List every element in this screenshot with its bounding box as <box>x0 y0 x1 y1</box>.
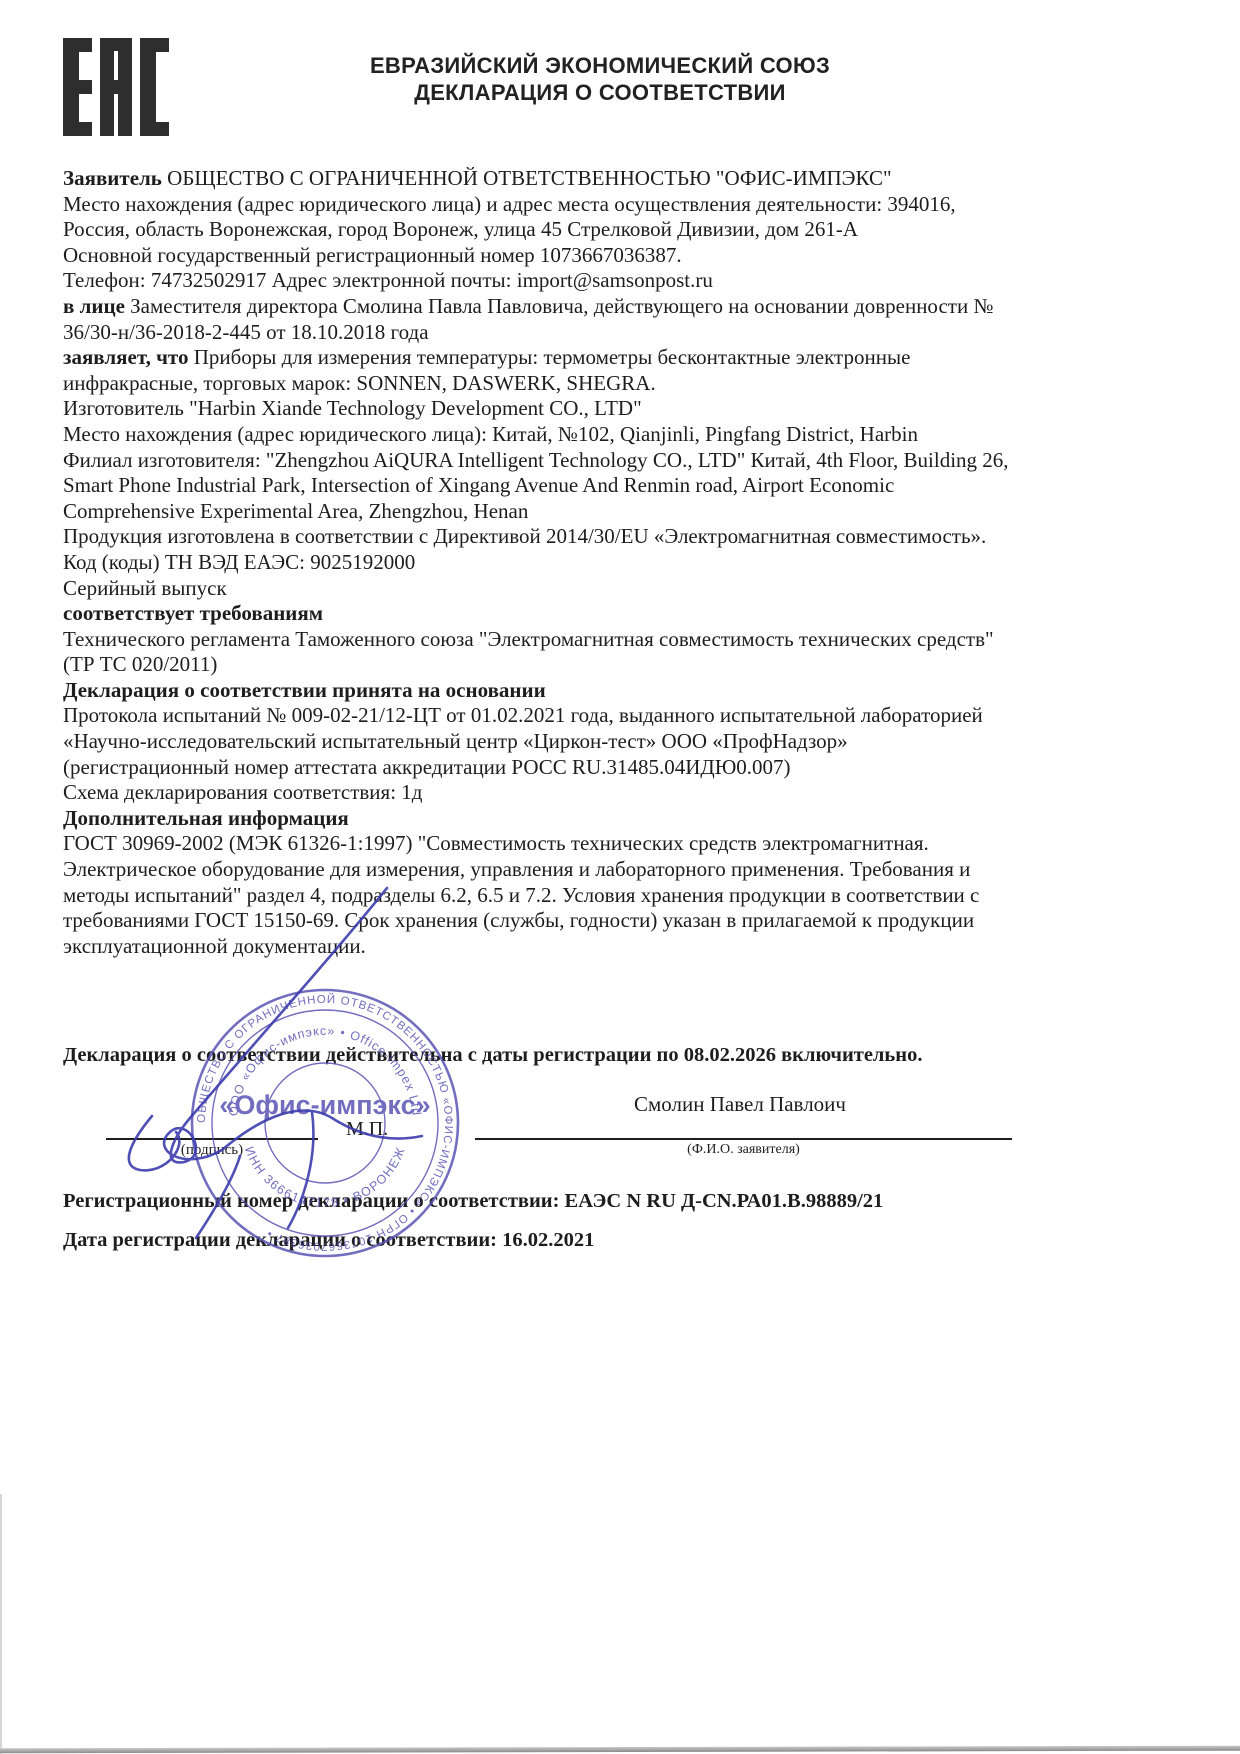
manufacturer-address: Место нахождения (адрес юридического лиц… <box>63 422 1017 448</box>
applicant-line: Заявитель ОБЩЕСТВО С ОГРАНИЧЕННОЙ ОТВЕТС… <box>63 166 1017 192</box>
directive-line: Продукция изготовлена в соответствии с Д… <box>63 524 1017 550</box>
handwritten-signature <box>92 866 472 1246</box>
conforms-heading: соответствует требованиям <box>63 601 1017 627</box>
applicant-value: ОБЩЕСТВО С ОГРАНИЧЕННОЙ ОТВЕТСТВЕННОСТЬЮ… <box>167 166 891 190</box>
in-person-label: в лице <box>63 294 125 318</box>
document-title: ЕВРАЗИЙСКИЙ ЭКОНОМИЧЕСКИЙ СОЮЗ ДЕКЛАРАЦИ… <box>0 52 1200 106</box>
additional-heading: Дополнительная информация <box>63 806 1017 832</box>
scheme-line: Схема декларирования соответствия: 1д <box>63 780 1017 806</box>
in-person-value: Заместителя директора Смолина Павла Павл… <box>63 294 993 344</box>
title-line-2: ДЕКЛАРАЦИЯ О СООТВЕТСТВИИ <box>0 79 1200 106</box>
conforms-text: Технического регламента Таможенного союз… <box>63 627 1017 678</box>
declares-label: заявляет, что <box>63 345 188 369</box>
applicant-full-name: Смолин Павел Павлоич <box>470 1092 1010 1117</box>
serial-line: Серийный выпуск <box>63 576 1017 602</box>
document-body: Заявитель ОБЩЕСТВО С ОГРАНИЧЕННОЙ ОТВЕТС… <box>63 166 1017 959</box>
ogrn-line: Основной государственный регистрационный… <box>63 243 1017 269</box>
scan-edge-left <box>0 1494 2 1754</box>
name-line <box>475 1138 1012 1140</box>
manufacturer-line: Изготовитель "Harbin Xiande Technology D… <box>63 396 1017 422</box>
phone-email-line: Телефон: 74732502917 Адрес электронной п… <box>63 268 1017 294</box>
tnved-line: Код (коды) ТН ВЭД ЕАЭС: 9025192000 <box>63 550 1017 576</box>
declaration-document: ЕВРАЗИЙСКИЙ ЭКОНОМИЧЕСКИЙ СОЮЗ ДЕКЛАРАЦИ… <box>0 0 1240 1754</box>
applicant-label: Заявитель <box>63 166 162 190</box>
declares-value: Приборы для измерения температуры: термо… <box>63 345 910 395</box>
branch-line: Филиал изготовителя: "Zhengzhou AiQURA I… <box>63 448 1017 525</box>
basis-heading: Декларация о соответствии принята на осн… <box>63 678 1017 704</box>
scan-edge-bottom <box>0 1746 1240 1754</box>
declares-line: заявляет, что Приборы для измерения темп… <box>63 345 1017 396</box>
basis-text: Протокола испытаний № 009-02-21/12-ЦТ от… <box>63 703 1017 780</box>
name-caption: (Ф.И.О. заявителя) <box>475 1142 1012 1158</box>
applicant-address: Место нахождения (адрес юридического лиц… <box>63 192 1017 243</box>
in-person-line: в лице Заместителя директора Смолина Пав… <box>63 294 1017 345</box>
title-line-1: ЕВРАЗИЙСКИЙ ЭКОНОМИЧЕСКИЙ СОЮЗ <box>0 52 1200 79</box>
